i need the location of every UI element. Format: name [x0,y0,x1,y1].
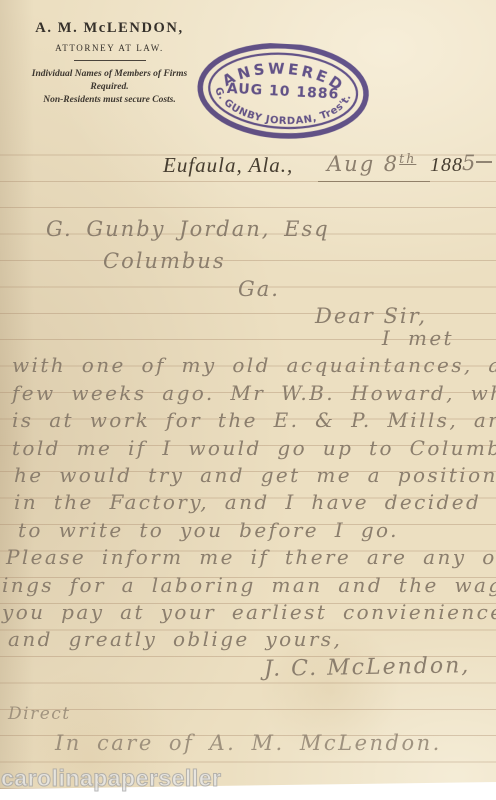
direct-note: Direct [8,704,71,724]
recipient-line: G. Gunby Jordan, Esq [46,217,330,241]
stamp-oval-icon: ANSWERED AUG 10 1886 G. GUNBY JORDAN, Tr… [195,39,378,147]
body-line: you pay at your earliest convienience [0,599,496,626]
dateline-flourish [476,161,492,163]
letterhead-note-2: Non-Residents must secure Costs. [12,94,207,107]
dateline-printed-year: 188 [430,154,463,177]
letter-paper: A. M. McLENDON, ATTORNEY AT LAW. Individ… [0,0,496,800]
recipient-state: Ga. [238,277,280,301]
body-line: I met [0,325,496,352]
letterhead-divider [74,60,146,61]
dateline-written-year: 5 [462,151,475,175]
body-line: is at work for the E. & P. Mills, and he [0,407,496,434]
answered-stamp: ANSWERED AUG 10 1886 G. GUNBY JORDAN, Tr… [195,39,378,147]
dateline-blank-rule [318,181,430,182]
body-line: in the Factory, and I have decided [0,489,496,516]
body-line: to write to you before I go. [0,517,496,544]
letterhead-title: ATTORNEY AT LAW. [12,43,207,53]
letterhead: A. M. McLENDON, ATTORNEY AT LAW. Individ… [12,20,207,107]
body-line: ings for a laboring man and the wages [0,572,496,599]
care-of-note: In care of A. M. McLendon. [55,731,442,755]
body-line: Please inform me if there are any open- [0,544,496,571]
body-line: he would try and get me a position [0,462,496,489]
body-line: told me if I would go up to Columbus, [0,435,496,462]
recipient-city: Columbus [103,249,226,273]
dateline-place: Eufaula, Ala., [163,153,293,178]
letter-body: I met with one of my old acquaintances, … [0,325,496,654]
seller-watermark: carolinapaperseller [1,765,221,792]
dateline-written-date: Aug 8th [327,151,416,176]
body-line: few weeks ago. Mr W.B. Howard, who [0,380,496,407]
dateline-day-suffix: th [399,151,416,166]
letterhead-note-1: Individual Names of Members of Firms Req… [12,68,207,94]
letterhead-name: A. M. McLENDON, [12,20,207,37]
body-line: and greatly oblige yours, [0,626,496,653]
body-line: with one of my old acquaintances, a [0,352,496,379]
signature: J. C. McLendon, [264,653,471,682]
dateline-day: Aug 8 [327,152,399,176]
